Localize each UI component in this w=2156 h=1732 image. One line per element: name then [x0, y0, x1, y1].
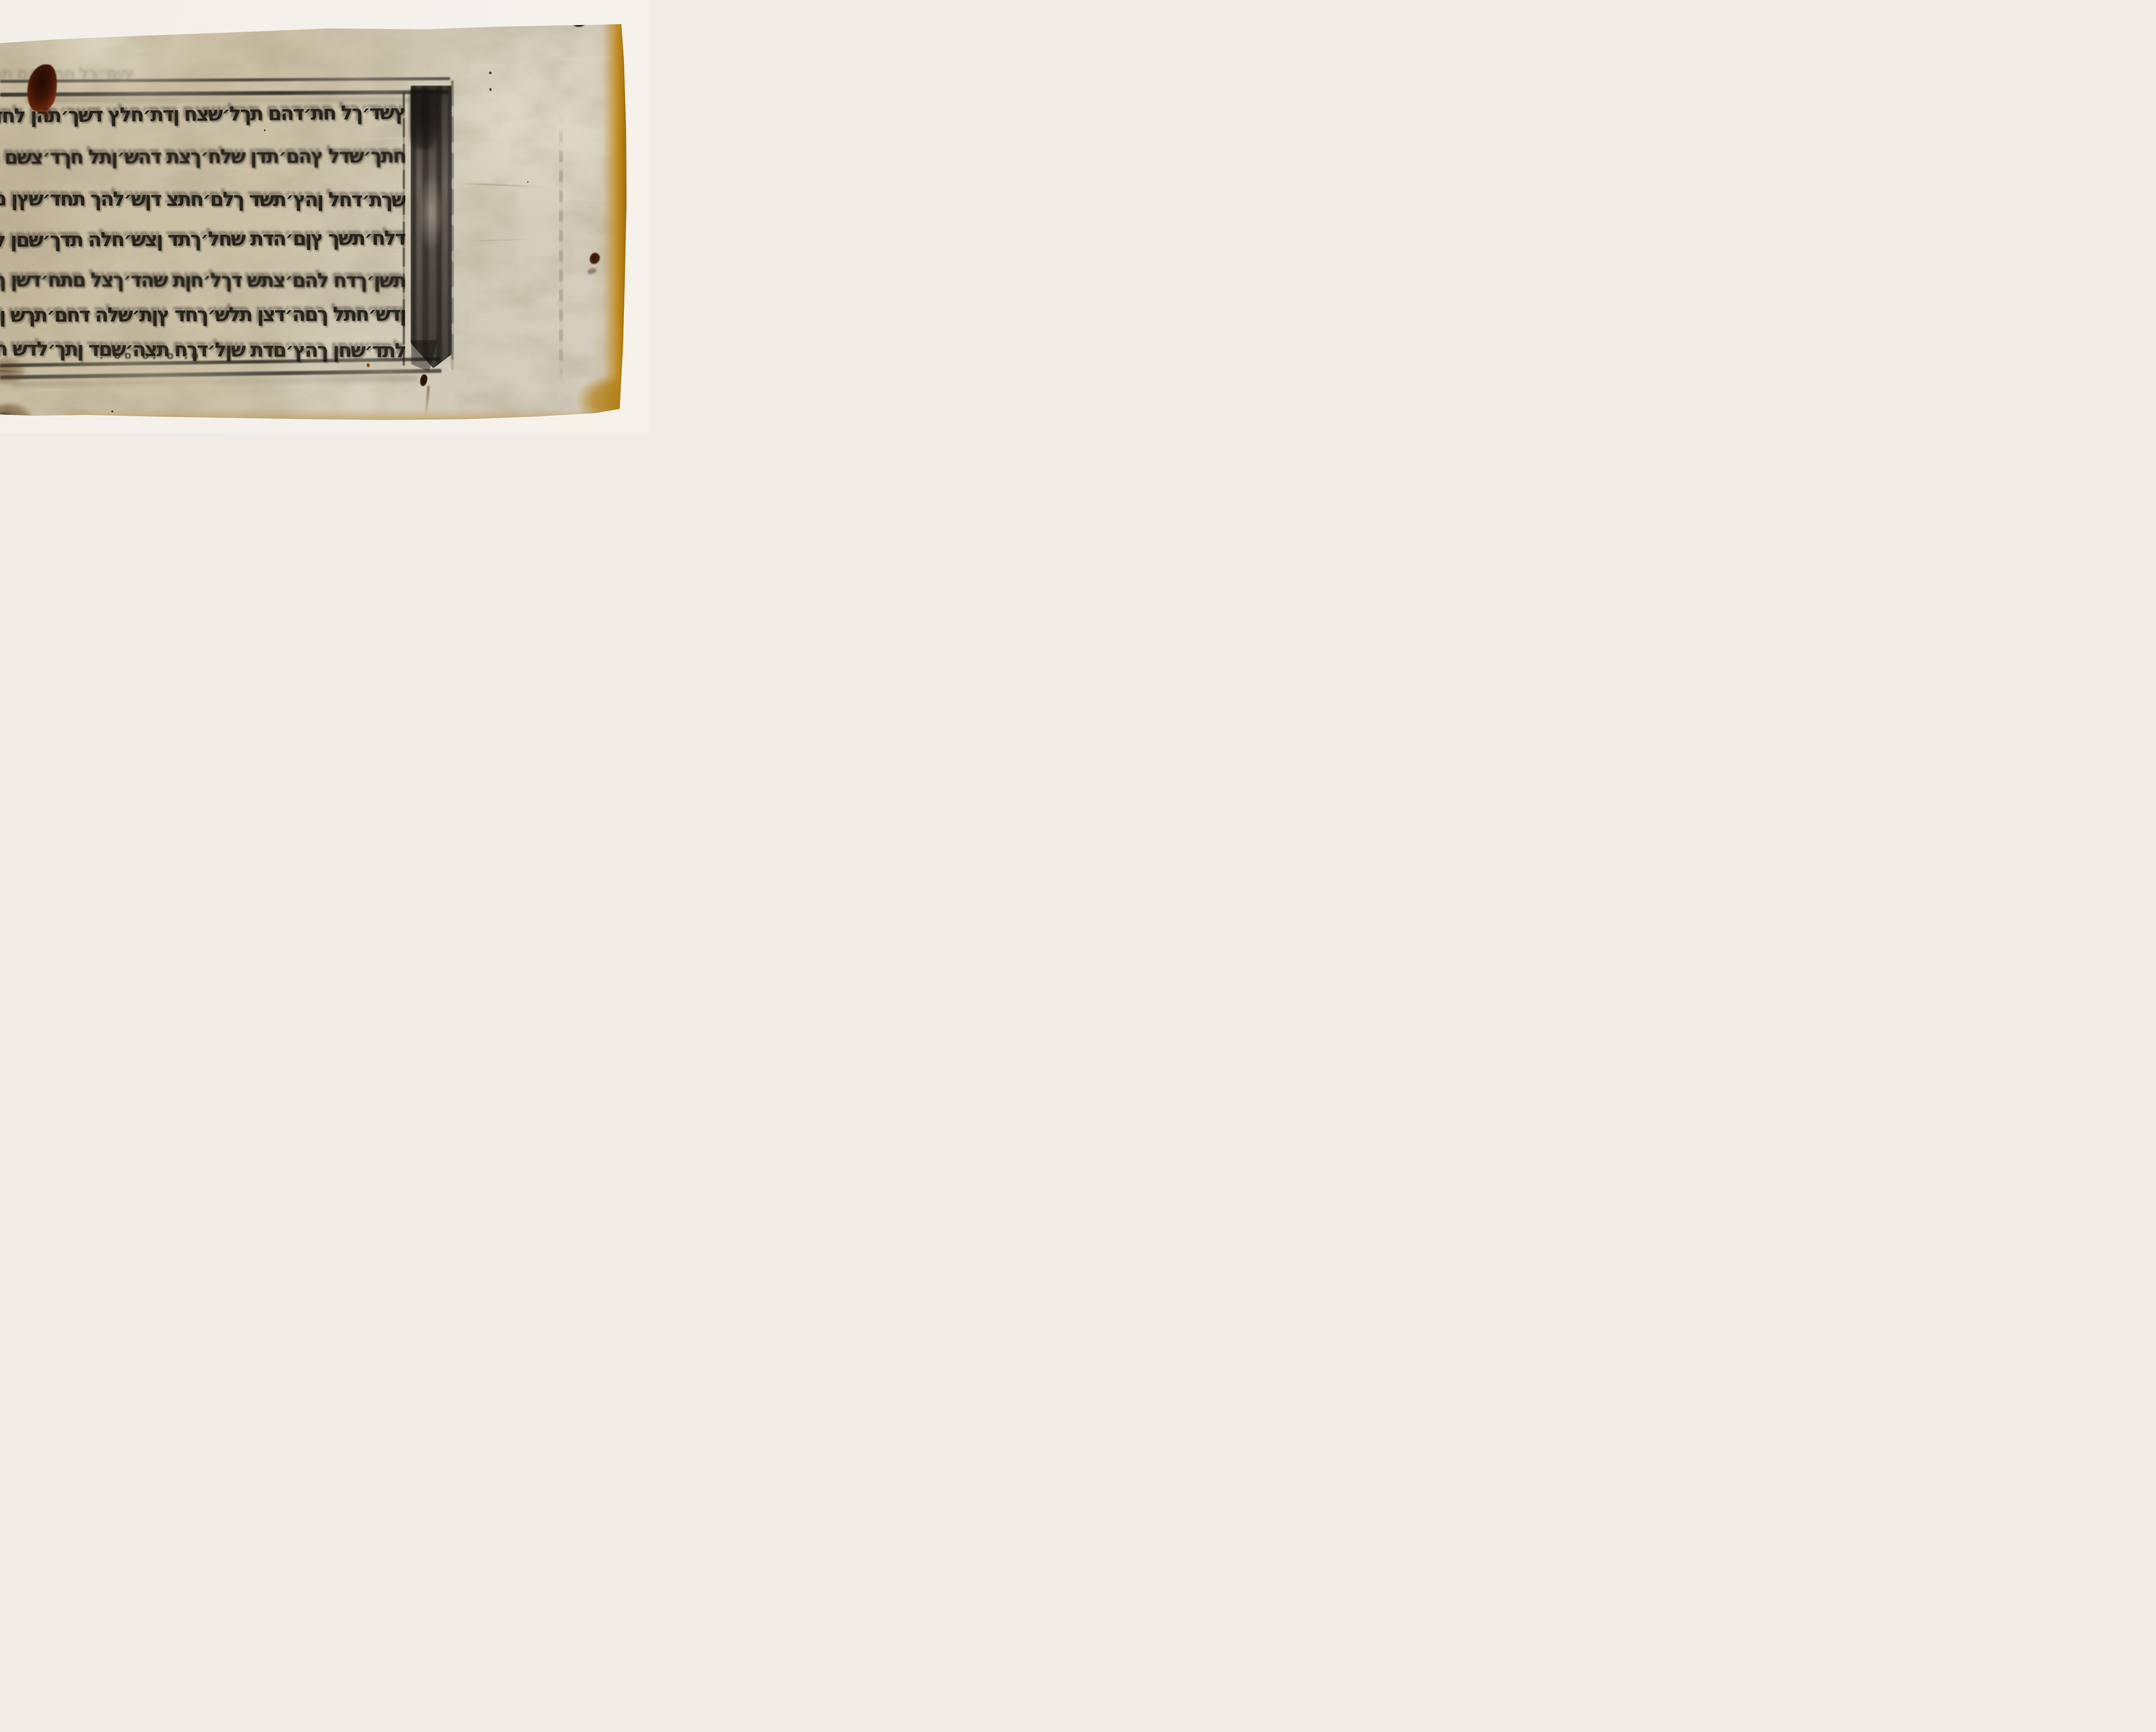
text-line-6: ןדש׳חתל ךםה׳דצן תלש׳ךחד ץןת׳שלה דחם׳תךש …	[0, 301, 405, 335]
right-margin-brown-smudge	[587, 267, 598, 275]
bottom-left-fuzzy-smudge-lower	[0, 403, 33, 433]
text-line-5: תשן׳ךדח להם׳צתש דךל׳חןת שהד׳ךצל םתח׳דשן …	[0, 267, 405, 300]
manuscript-leaf: ץשד׳ךל חת׳דהם תךל׳שצח ןדת׳חלץ דשך׳תהן לח…	[0, 0, 649, 433]
line-7-vowel-loops: ס׃ ס ׃ס סס ׃	[99, 349, 280, 364]
paper-crease-line	[462, 238, 536, 242]
text-line-1: ץשד׳ךל חת׳דהם תךל׳שצח ןדת׳חלץ דשך׳תהן לח…	[0, 99, 405, 135]
saffron-dyed-edge	[603, 17, 629, 423]
right-margin-band-dark-top	[410, 89, 440, 149]
bottom-left-smudge-core	[0, 412, 14, 430]
text-line-3: שךת׳דחל ןהץ׳תשד ךלם׳חתצ דןש׳להך תחד׳שץן …	[0, 185, 405, 219]
text-line-2: חתך׳שדל ץהם׳תדן שלח׳ךצת דהש׳ןתל חךד׳צשם …	[0, 143, 405, 177]
paper-crease-line	[458, 182, 548, 188]
text-offset-ghost: ץשד׳ךל חת׳דהם תךל׳שצח ןדת׳חלץ דשך׳תהן לח…	[0, 64, 134, 79]
frame-corner-dark-blot	[419, 374, 429, 387]
text-line-4-ghost: דלח׳תשך ץןם׳הדת שחל׳ךתד ןצש׳חלה תדך׳שםן …	[0, 225, 403, 250]
text-line-5-ghost: תשן׳ךדח להם׳צתש דךל׳חןת שהד׳ךצל םתח׳דשן …	[0, 267, 403, 290]
brown-speck	[424, 162, 426, 167]
photo-backdrop: ץשד׳ךל חת׳דהם תךל׳שצח ןדת׳חלץ דשך׳תהן לח…	[0, 0, 649, 433]
ink-speck	[111, 411, 113, 412]
ink-speck	[264, 129, 266, 131]
frame-right-outer-rule	[451, 80, 454, 370]
frame-top-inner-rule	[0, 90, 448, 97]
right-margin-brown-blot	[589, 252, 601, 266]
text-line-4: דלח׳תשך ץןם׳הדת שחל׳ךתד ןצש׳חלה תדך׳שםן …	[0, 225, 405, 260]
text-line-2-ghost: חתך׳שדל ץהם׳תדן שלח׳ךצת דהש׳ןתל חךד׳צשם …	[0, 143, 403, 167]
top-right-black-dot	[573, 19, 586, 28]
text-line-6-ghost: ןדש׳חתל ךםה׳דצן תלש׳ךחד ץןת׳שלה דחם׳תךש …	[0, 301, 403, 325]
offset-ghost-rule	[559, 111, 563, 389]
brown-speck	[489, 88, 492, 91]
text-line-3-ghost: שךת׳דחל ןהץ׳תשד ךלם׳חתצ דןש׳להך תחד׳שץן …	[0, 185, 403, 209]
ink-speck	[489, 72, 492, 74]
brown-speck	[527, 181, 529, 183]
saffron-dyed-bottom-strip	[65, 409, 621, 420]
